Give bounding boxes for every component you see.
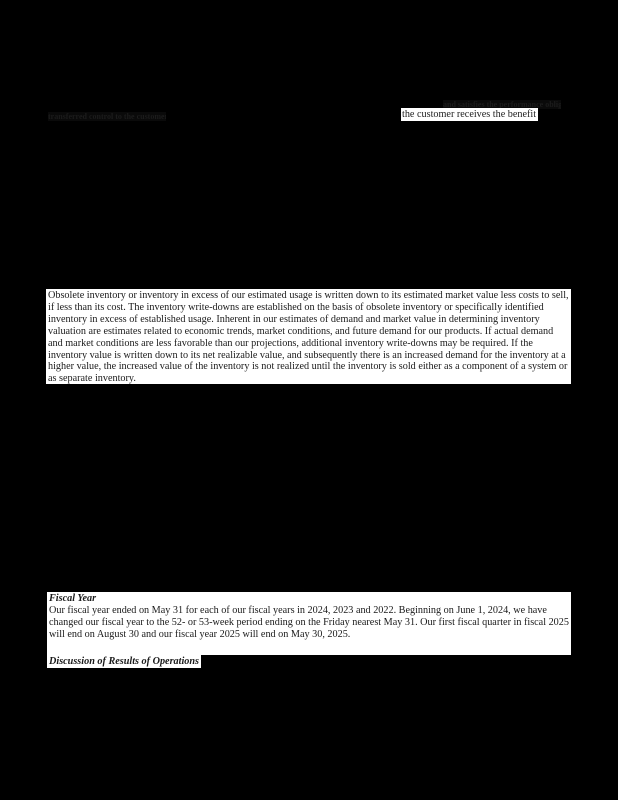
- redacted-text-left: transferred control to the customer: [48, 112, 166, 121]
- fiscal-year-text: Our fiscal year ended on May 31 for each…: [49, 605, 569, 641]
- snippet-text: the customer receives the benefit: [402, 109, 536, 120]
- highlighted-snippet: the customer receives the benefit: [401, 108, 538, 121]
- fiscal-year-heading: Fiscal Year: [49, 593, 569, 605]
- redacted-text: transferred control to the customer: [48, 112, 166, 121]
- discussion-heading: Discussion of Results of Operations: [47, 655, 201, 668]
- fiscal-year-section: Fiscal Year Our fiscal year ended on May…: [47, 592, 571, 655]
- discussion-heading-text: Discussion of Results of Operations: [49, 656, 199, 667]
- inventory-writedown-paragraph: Obsolete inventory or inventory in exces…: [46, 289, 571, 384]
- inventory-paragraph-text: Obsolete inventory or inventory in exces…: [48, 290, 569, 385]
